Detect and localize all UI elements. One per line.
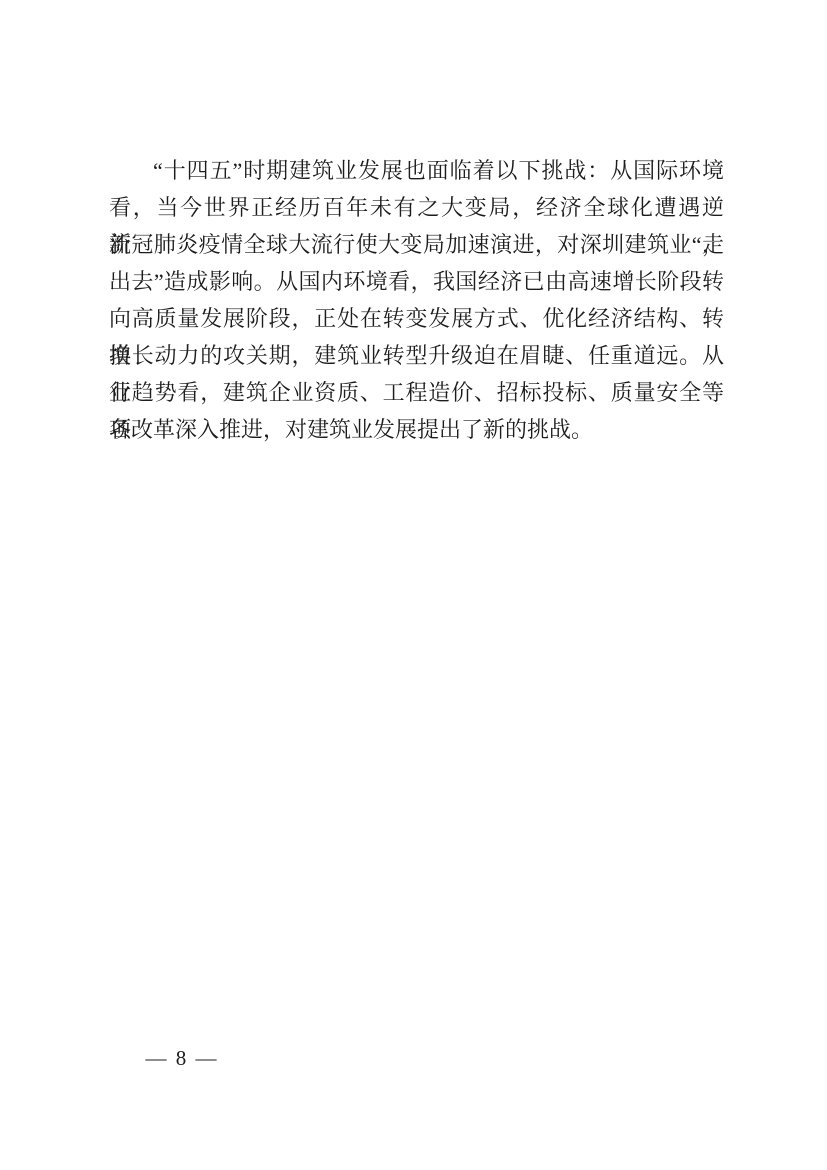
document-page: “十四五”时期建筑业发展也面临着以下挑战：从国际环境 看，当今世界正经历百年未有… [0,0,827,1170]
paragraph-line: 项改革深入推进，对建筑业发展提出了新的挑战。 [109,411,724,448]
paragraph-line: 业趋势看，建筑企业资质、工程造价、招标投标、质量安全等各 [109,374,724,411]
paragraph-line: 增长动力的攻关期，建筑业转型升级迫在眉睫、任重道远。从行 [109,337,724,374]
paragraph-line: 向高质量发展阶段，正处在转变发展方式、优化经济结构、转换 [109,300,724,337]
paragraph-line: 出去”造成影响。从国内环境看，我国经济已由高速增长阶段转 [109,263,724,300]
body-paragraph: “十四五”时期建筑业发展也面临着以下挑战：从国际环境 看，当今世界正经历百年未有… [109,152,724,448]
paragraph-line: 新冠肺炎疫情全球大流行使大变局加速演进，对深圳建筑业“走 [109,226,724,263]
paragraph-line: “十四五”时期建筑业发展也面临着以下挑战：从国际环境 [109,152,724,189]
paragraph-line: 看，当今世界正经历百年未有之大变局，经济全球化遭遇逆流， [109,189,724,226]
page-number: — 8 — [127,1044,237,1072]
